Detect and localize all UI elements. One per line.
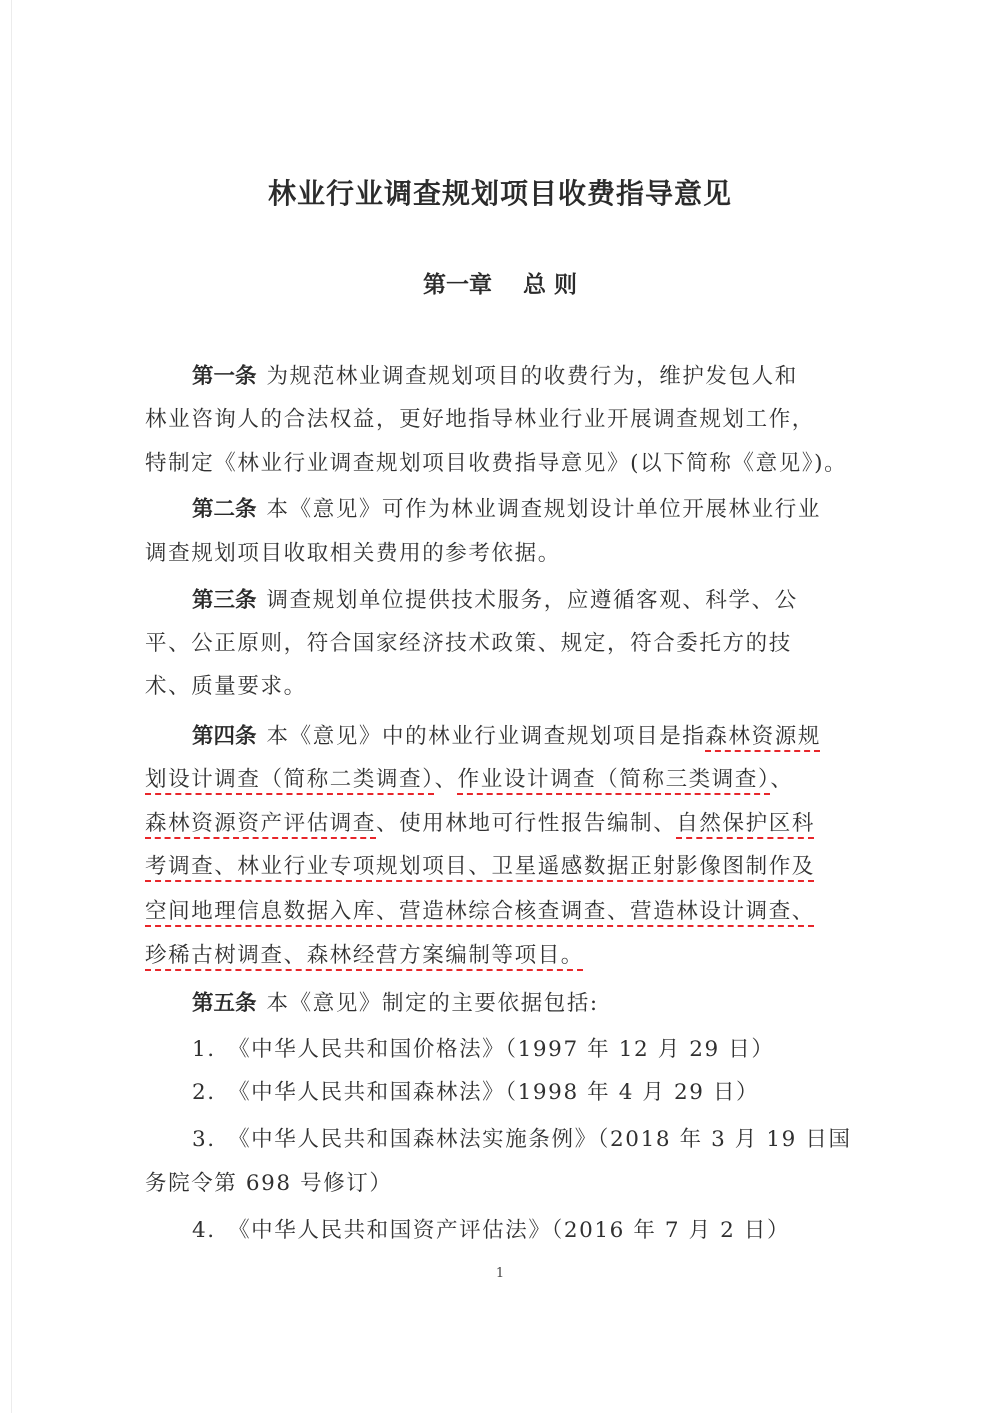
article-1-line-1: 第一条为规范林业调查规划项目的收费行为，维护发包人和: [192, 362, 798, 392]
underlined-text: 考调查、林业行业专项规划项目、卫星遥感数据正射影像图制作及: [145, 854, 815, 879]
underlined-text: 珍稀古树调查、森林经营方案编制等项目。: [145, 943, 584, 968]
article-4-line-3: 森林资源资产评估调查、使用林地可行性报告编制、自然保护区科: [145, 809, 815, 839]
underlined-text: 划设计调查（简称二类调查）: [145, 767, 435, 792]
article-text: 为规范林业调查规划项目的收费行为，维护发包人和: [267, 364, 798, 389]
reference-item-3: 3. 《中华人民共和国森林法实施条例》（2018 年 3 月 19 日国: [192, 1125, 852, 1155]
article-text: 本《意见》制定的主要依据包括:: [267, 991, 599, 1016]
article-5-line-1: 第五条本《意见》制定的主要依据包括:: [192, 989, 599, 1019]
underlined-text: 空间地理信息数据入库、营造林综合核查调查、营造林设计调查、: [145, 899, 815, 924]
article-text: 本《意见》可作为林业调查规划设计单位开展林业行业: [267, 497, 821, 522]
article-label: 第二条: [192, 497, 257, 522]
reference-item-1: 1. 《中华人民共和国价格法》（1997 年 12 月 29 日）: [192, 1035, 774, 1065]
article-1-line-2: 林业咨询人的合法权益，更好地指导林业行业开展调查规划工作，: [145, 405, 815, 435]
article-text: 本《意见》中的林业行业调查规划项目是指: [267, 724, 706, 749]
article-4-line-6: 珍稀古树调查、森林经营方案编制等项目。: [145, 941, 584, 971]
article-3-line-3: 术、质量要求。: [145, 672, 307, 702]
article-2-line-2: 调查规划项目收取相关费用的参考依据。: [145, 539, 561, 569]
article-label: 第三条: [192, 588, 257, 613]
reference-item-4: 4. 《中华人民共和国资产评估法》（2016 年 7 月 2 日）: [192, 1216, 790, 1246]
underlined-text: 森林资源规: [705, 724, 821, 749]
underlined-text: 作业设计调查（简称三类调查）: [458, 767, 771, 792]
underlined-text: 森林资源资产评估调查: [145, 811, 376, 836]
article-4-line-2: 划设计调查（简称二类调查）、作业设计调查（简称三类调查）、: [145, 765, 793, 795]
document-title: 林业行业调查规划项目收费指导意见: [0, 172, 1000, 212]
article-label: 第一条: [192, 364, 257, 389]
article-4-line-5: 空间地理信息数据入库、营造林综合核查调查、营造林设计调查、: [145, 897, 815, 927]
chapter-heading: 第一章 总 则: [0, 266, 1000, 299]
article-text: 、: [435, 767, 458, 792]
article-label: 第四条: [192, 724, 257, 749]
article-1-line-3: 特制定《林业行业调查规划项目收费指导意见》(以下简称《意见》)。: [145, 449, 847, 479]
article-text: 、: [770, 767, 793, 792]
article-4-line-4: 考调查、林业行业专项规划项目、卫星遥感数据正射影像图制作及: [145, 852, 815, 882]
underlined-text: 自然保护区科: [676, 811, 815, 836]
article-label: 第五条: [192, 991, 257, 1016]
page-number: 1: [0, 1266, 1000, 1281]
article-4-line-1: 第四条本《意见》中的林业行业调查规划项目是指森林资源规: [192, 722, 821, 752]
reference-item-3-continuation: 务院令第 698 号修订）: [145, 1169, 393, 1199]
reference-item-2: 2. 《中华人民共和国森林法》（1998 年 4 月 29 日）: [192, 1078, 759, 1108]
article-text: 、使用林地可行性报告编制、: [376, 811, 676, 836]
article-3-line-1: 第三条调查规划单位提供技术服务，应遵循客观、科学、公: [192, 586, 798, 616]
article-3-line-2: 平、公正原则，符合国家经济技术政策、规定，符合委托方的技: [145, 629, 792, 659]
article-text: 调查规划单位提供技术服务，应遵循客观、科学、公: [267, 588, 798, 613]
article-2-line-1: 第二条本《意见》可作为林业调查规划设计单位开展林业行业: [192, 495, 821, 525]
document-page: 林业行业调查规划项目收费指导意见 第一章 总 则 第一条为规范林业调查规划项目的…: [0, 0, 1000, 1413]
